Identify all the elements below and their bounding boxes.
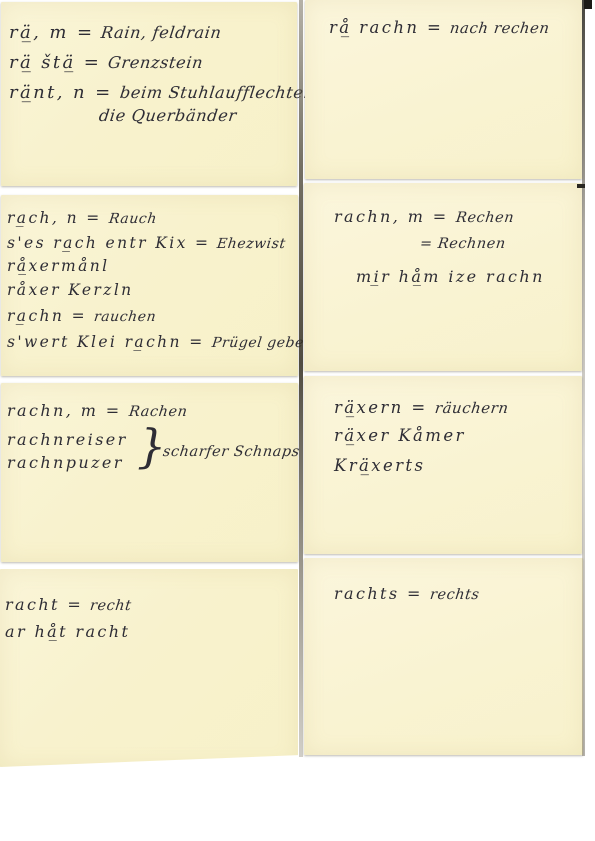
- entry-line: ra̲ch, n =Rauch: [7, 209, 157, 227]
- entry-line: råxer Kerzln: [7, 281, 141, 299]
- entry-gloss: Ehezwist: [216, 236, 287, 252]
- entry-line: s'wert Klei ra̲chn =Prügel geben: [7, 333, 313, 351]
- entry-headword: råxer Kerzln: [7, 281, 134, 299]
- entry-line: = Rechnen: [420, 233, 506, 252]
- entry-headword: rä̲xern =: [334, 398, 428, 417]
- entry-gloss: nach rechen: [449, 19, 551, 37]
- entry-gloss: rechts: [429, 587, 480, 603]
- entry-gloss: = Rechnen: [419, 236, 507, 252]
- entry-line: rachn, m =Rachen: [7, 401, 187, 420]
- entry-line: rä̲, m =Rain, feldrain: [9, 22, 222, 43]
- entry-line: racht =recht: [5, 595, 132, 614]
- grouping-brace: }: [137, 423, 166, 469]
- entry-headword: s'wert Klei ra̲chn =: [7, 333, 205, 351]
- entry-line: rå̲ rachn =nach rechen: [329, 18, 550, 37]
- entry-headword: rachn, m =: [7, 401, 122, 420]
- entry-headword: ra̲ch, n =: [7, 209, 102, 227]
- entry-line: mi̲r hå̲m ize rachn: [356, 267, 552, 286]
- index-card-rae-rain: rä̲, m =Rain, feldrain rä̲ štä̲ =Grenzst…: [1, 2, 297, 186]
- entry-headword: rå̲ rachn =: [329, 18, 443, 37]
- edge-notch-top: [584, 0, 592, 9]
- entry-headword: rä̲nt, n =: [9, 82, 113, 103]
- index-card-rach-rauch: ra̲ch, n =Rauch s'es ra̲ch entr Kix =Ehe…: [1, 195, 298, 376]
- entry-gloss: scharfer Schnaps: [162, 444, 301, 460]
- entry-gloss: recht: [89, 598, 132, 614]
- entry-line: rachnreiser: [7, 430, 135, 449]
- entry-line: rä̲xer Kåmer: [334, 426, 473, 445]
- entry-gloss: Rauch: [108, 211, 158, 227]
- entry-gloss: Grenzstein: [107, 53, 205, 72]
- entry-headword: rachnpuzer: [7, 453, 124, 472]
- index-card-rachn-rachen: rachn, m =Rachen rachnreiser rachnpuzer …: [1, 383, 298, 562]
- entry-line: rachnpuzer: [7, 453, 131, 472]
- right-edge-shadow: [582, 0, 585, 756]
- entry-gloss: rauchen: [93, 309, 157, 325]
- column-gap-shadow: [299, 0, 303, 757]
- scan-page: rä̲, m =Rain, feldrain rä̲ štä̲ =Grenzst…: [0, 0, 595, 841]
- entry-line: rä̲ štä̲ =Grenzstein: [9, 52, 203, 73]
- edge-notch-mid: [577, 184, 585, 188]
- entry-line: rä̲xern =räuchern: [334, 398, 508, 417]
- entry-line: rachts =rechts: [334, 584, 479, 603]
- entry-headword: rä̲xer Kåmer: [334, 426, 466, 445]
- index-card-rachts-rechts: rachts =rechts: [304, 558, 583, 755]
- entry-line: ar hå̲t racht: [5, 622, 137, 641]
- index-card-rachn-rechen: rachn, m =Rechen = Rechnen mi̲r hå̲m ize…: [304, 183, 582, 371]
- entry-gloss: Rain, feldrain: [100, 23, 223, 42]
- entry-headword: rachn, m =: [334, 207, 449, 226]
- entry-headword: rachnreiser: [7, 430, 128, 449]
- entry-headword: rä̲, m =: [9, 22, 94, 43]
- entry-line: rä̲nt, n =beim Stuhlaufflechten: [9, 82, 314, 103]
- entry-headword: ra̲chn =: [7, 307, 87, 325]
- entry-headword: Krä̲xerts: [334, 456, 425, 475]
- entry-gloss: räuchern: [433, 399, 509, 417]
- entry-headword: mi̲r hå̲m ize rachn: [356, 267, 545, 286]
- entry-line: die Querbänder: [99, 105, 237, 126]
- entry-headword: rachts =: [334, 584, 423, 603]
- entry-gloss: die Querbänder: [98, 106, 238, 125]
- entry-line: ra̲chn =rauchen: [7, 307, 156, 325]
- index-card-racht-recht: racht =recht ar hå̲t racht: [0, 569, 298, 767]
- entry-line: rå̲xermånl: [7, 257, 116, 275]
- entry-headword: rå̲xermånl: [7, 257, 109, 275]
- entry-headword: ar hå̲t racht: [5, 622, 130, 641]
- entry-headword: s'es ra̲ch entr Kix =: [7, 234, 210, 252]
- entry-gloss: Rachen: [128, 404, 188, 420]
- entry-gloss: beim Stuhlaufflechten: [118, 83, 315, 102]
- entry-line: rachn, m =Rechen: [334, 207, 514, 226]
- entry-line: s'es ra̲ch entr Kix =Ehezwist: [7, 234, 286, 252]
- entry-headword: rä̲ štä̲ =: [9, 52, 101, 73]
- entry-line: Krä̲xerts: [334, 456, 432, 475]
- entry-headword: racht =: [5, 595, 83, 614]
- entry-line: scharfer Schnaps: [163, 441, 300, 460]
- entry-gloss: Rechen: [455, 210, 515, 226]
- index-card-raexern: rä̲xern =räuchern rä̲xer Kåmer Krä̲xerts: [304, 376, 582, 554]
- index-card-raa-rachn: rå̲ rachn =nach rechen: [305, 0, 582, 179]
